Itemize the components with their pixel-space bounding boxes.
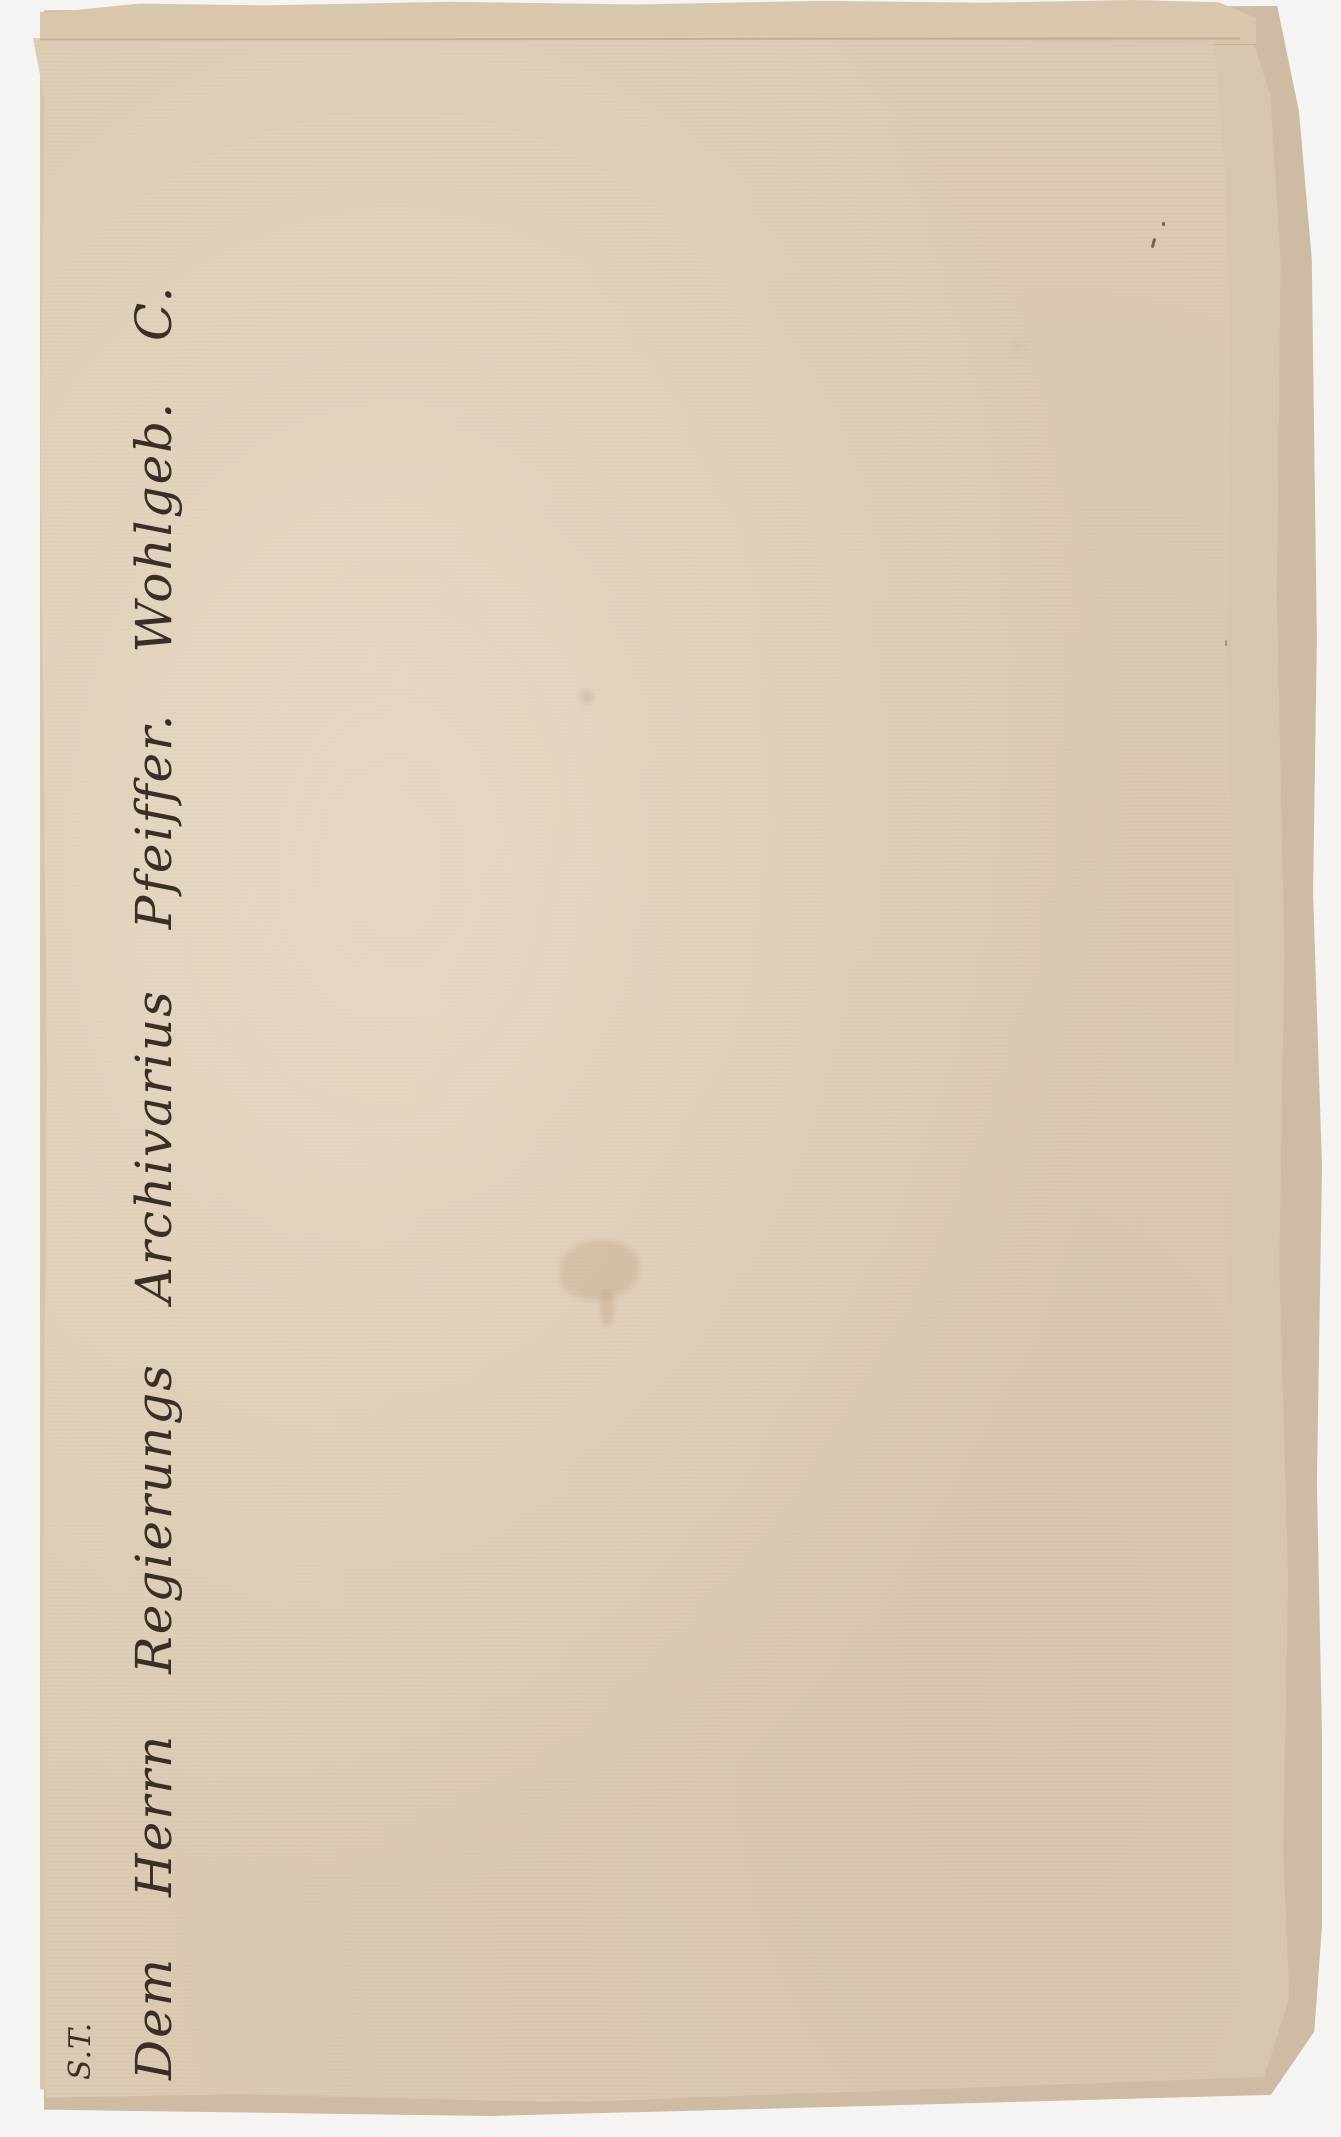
address-word-dem: Dem <box>125 1957 183 2080</box>
address-word-archivarius: Archivarius <box>125 989 183 1303</box>
scanned-document: S.T. Dem Herrn Regierungs Archivarius Pf… <box>0 0 1341 2137</box>
address-word-pfeiffer: Pfeiffer. <box>125 713 183 930</box>
water-stain-drip <box>600 1290 614 1326</box>
paper-spot <box>1010 340 1024 354</box>
address-word-c: C. <box>125 285 183 341</box>
address-line: Dem Herrn Regierungs Archivarius Pfeiffe… <box>125 257 183 2080</box>
address-word-wohlgeb: Wohlgeb. <box>125 401 183 653</box>
honorific-abbreviation: S.T. <box>63 2022 98 2080</box>
paper-spot <box>580 690 594 704</box>
address-word-regierungs: Regierungs <box>125 1363 183 1674</box>
handwritten-address: S.T. Dem Herrn Regierungs Archivarius Pf… <box>125 257 183 2080</box>
ink-speck <box>1162 222 1165 226</box>
ink-speck <box>1225 640 1227 646</box>
address-word-herrn: Herrn <box>125 1734 183 1897</box>
paper-sheet-front <box>14 36 1284 2106</box>
